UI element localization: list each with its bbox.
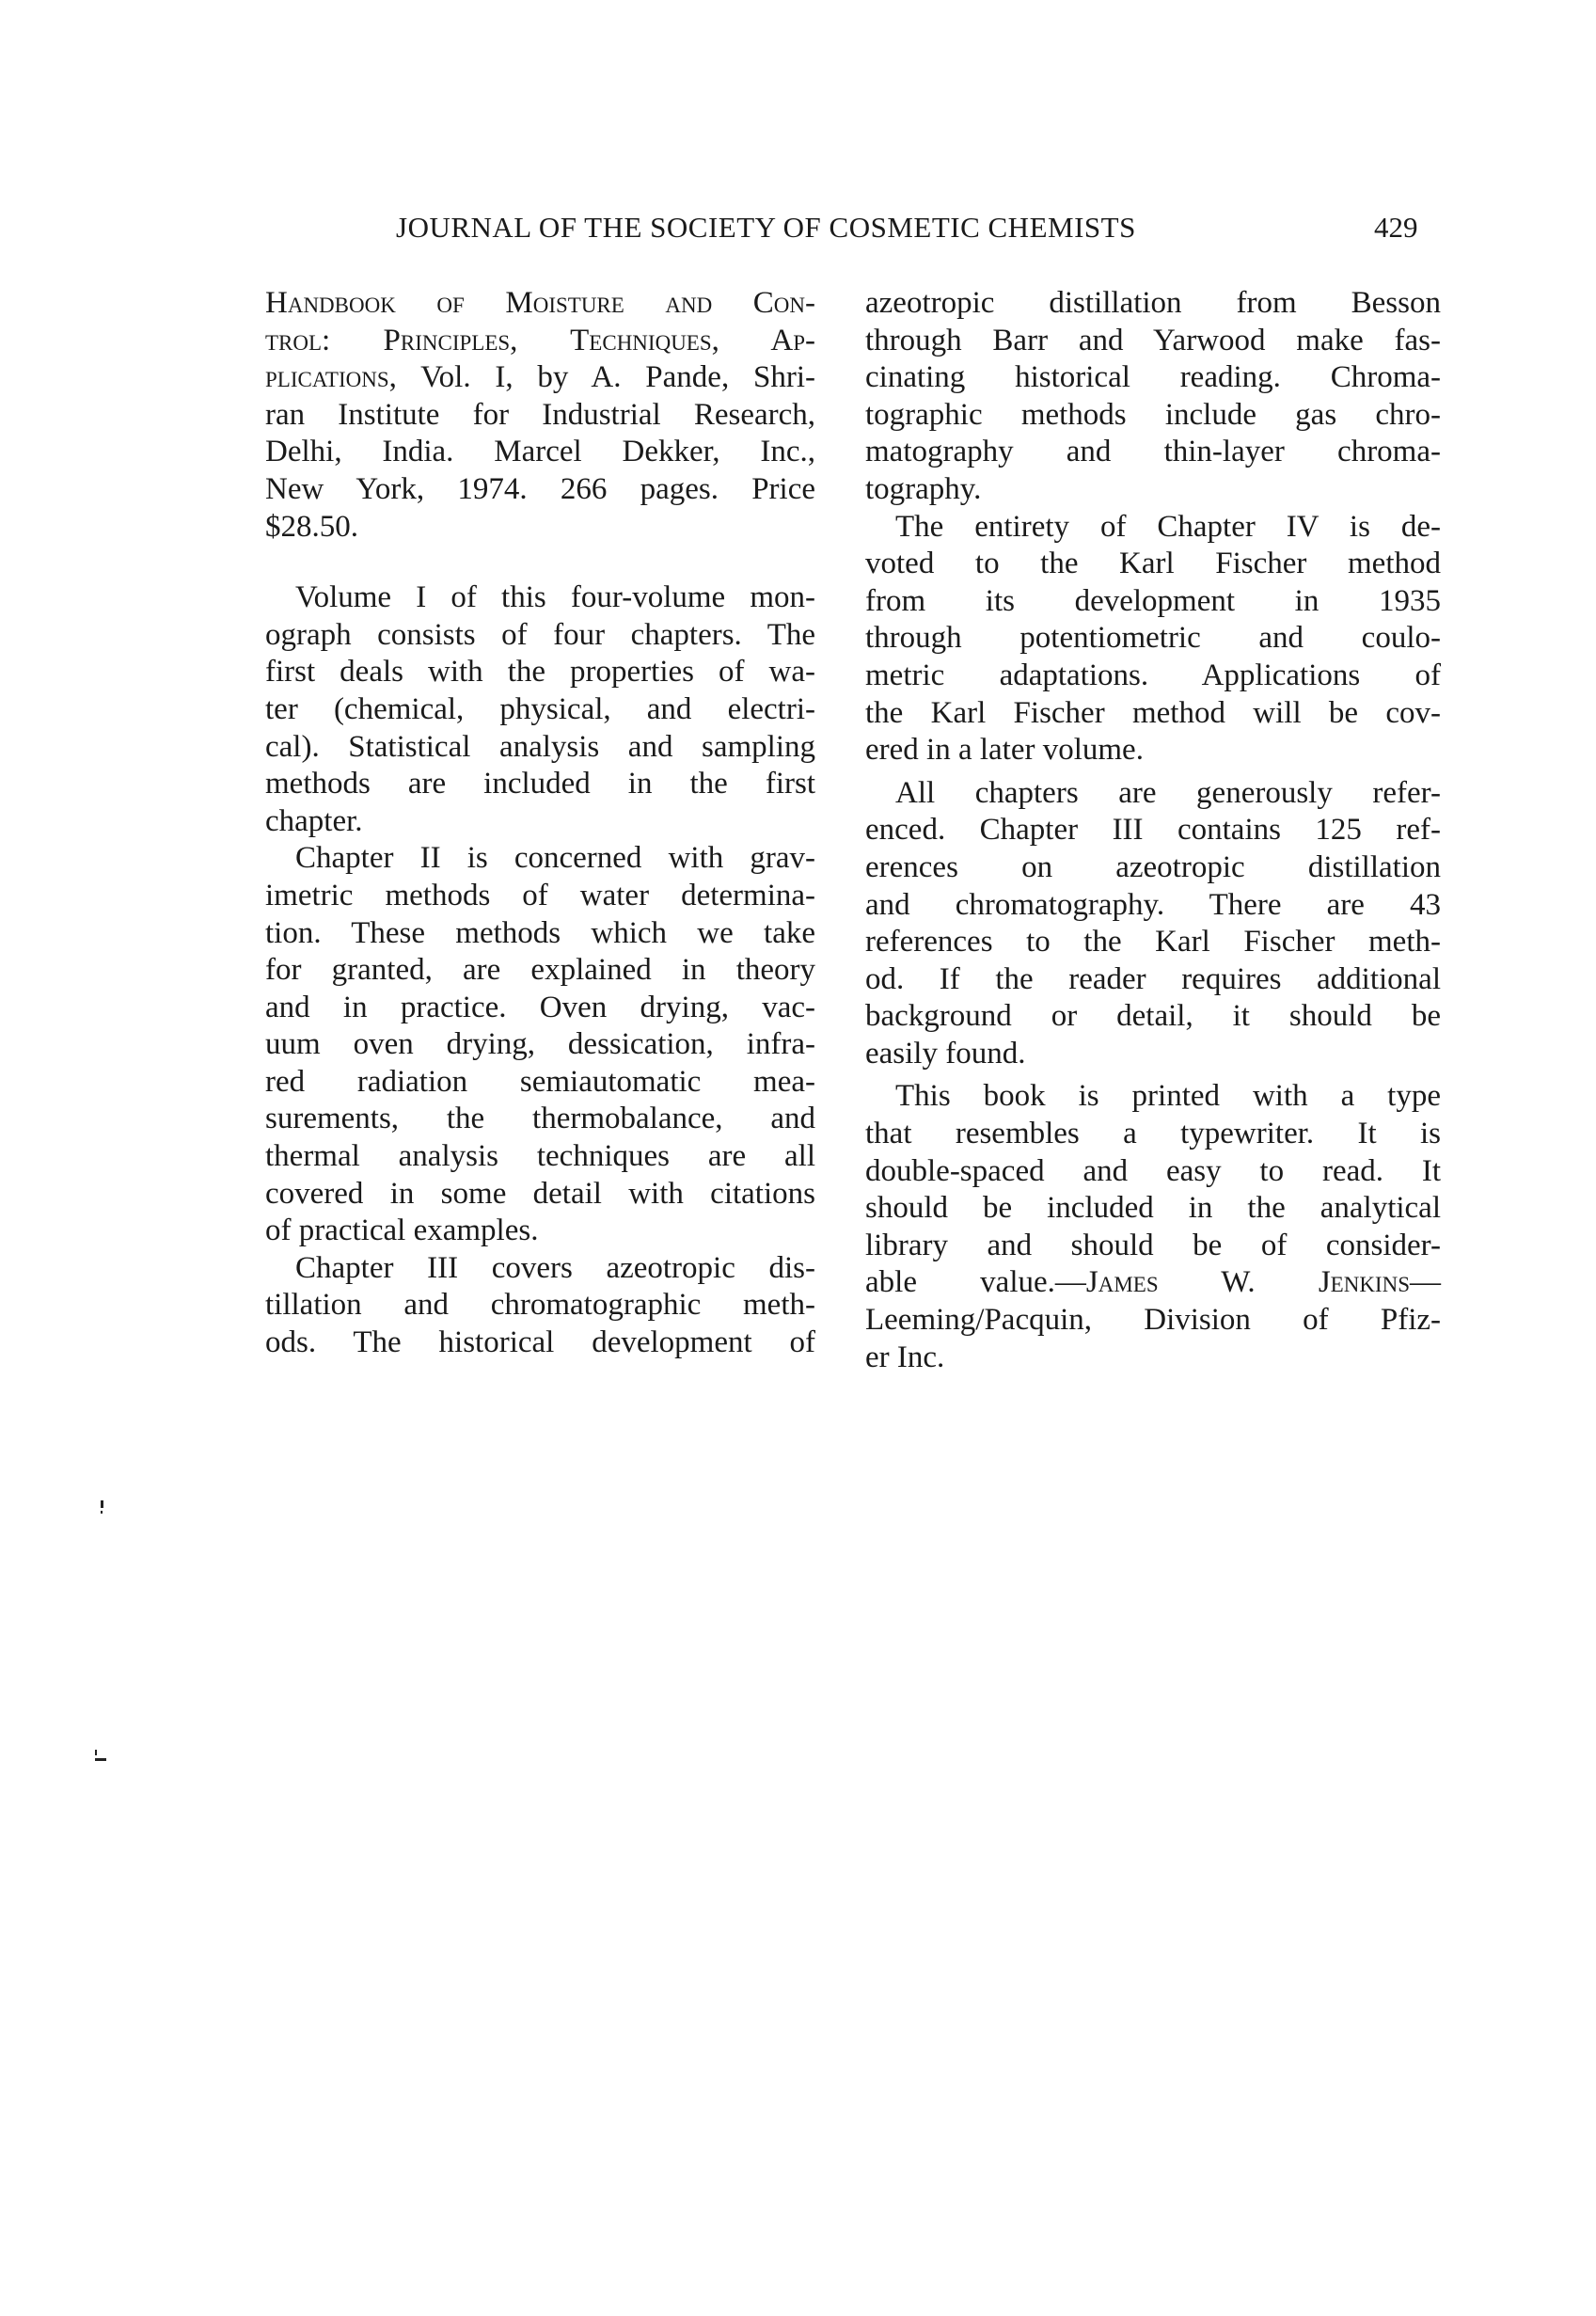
text-line: tography. [865,471,1441,509]
citation-line: trol: Principles, Techniques, Ap- [265,323,815,360]
scan-artifact [95,1758,106,1761]
text-line: ter (chemical, physical, and electri- [265,691,815,729]
scan-artifact [101,1511,103,1514]
text-line: that resembles a typewriter. It is [865,1116,1441,1153]
text-line: erences on azeotropic distillation [865,849,1441,887]
reviewer-name: James W. Jenkins [1086,1265,1410,1299]
scan-artifact [95,1750,97,1755]
paragraph-chapter-3-cont: azeotropic distillation from Besson thro… [865,285,1441,509]
citation-line: $28.50. [265,509,815,547]
citation-fragment: plications [265,360,389,394]
right-column: azeotropic distillation from Besson thro… [865,285,1441,1376]
text-line: and chromatography. There are 43 [865,887,1441,925]
text-line: background or detail, it should be [865,998,1441,1036]
text-line: tion. These methods which we take [265,915,815,953]
text-line: Chapter III covers azeotropic dis- [265,1250,815,1288]
signature-line: able value.—James W. Jenkins— [865,1264,1441,1302]
text-line: library and should be of consider- [865,1228,1441,1265]
text-line: od. If the reader requires additional [865,961,1441,999]
text-line: imetric methods of water determina- [265,878,815,915]
text-line: metric adaptations. Applications of [865,658,1441,695]
paragraph-chapter-2: Chapter II is concerned with grav- imetr… [265,840,815,1250]
signature-prefix: able value.— [865,1265,1086,1299]
text-line: through potentiometric and coulo- [865,620,1441,658]
paragraph-chapter-4: The entirety of Chapter IV is de- voted … [865,509,1441,769]
spacer [265,563,815,579]
text-line: ods. The historical development of [265,1325,815,1362]
paragraph-overview: Volume I of this four-volume mon- ograph… [265,579,815,840]
text-line: methods are included in the first [265,766,815,803]
text-line: cinating historical reading. Chroma- [865,359,1441,397]
text-line: and in practice. Oven drying, vac- [265,990,815,1027]
citation-line: Handbook of Moisture and Con- [265,285,815,323]
text-line: ered in a later volume. [865,732,1441,769]
text-line: first deals with the properties of wa- [265,654,815,691]
affiliation-line: Leeming/Pacquin, Division of Pfiz- [865,1302,1441,1340]
text-line: references to the Karl Fischer meth- [865,924,1441,961]
text-line: easily found. [865,1036,1441,1073]
scan-artifact [101,1500,103,1508]
paragraph-references: All chapters are generously refer- enced… [865,775,1441,1073]
text-line: The entirety of Chapter IV is de- [865,509,1441,547]
paragraph-chapter-3: Chapter III covers azeotropic dis- tilla… [265,1250,815,1362]
running-head: JOURNAL OF THE SOCIETY OF COSMETIC CHEMI… [396,209,1355,246]
affiliation-line: er Inc. [865,1340,1441,1377]
signature-suffix: — [1410,1265,1441,1299]
left-column: Handbook of Moisture and Con- trol: Prin… [265,285,815,1362]
text-line: surements, the thermobalance, and [265,1101,815,1138]
text-line: tillation and chromatographic meth- [265,1287,815,1325]
paragraph-conclusion: This book is printed with a type that re… [865,1078,1441,1376]
text-line: All chapters are generously refer- [865,775,1441,813]
text-line: uum oven drying, dessication, infra- [265,1026,815,1064]
citation-line: Delhi, India. Marcel Dekker, Inc., [265,434,815,471]
spacer [265,546,815,563]
text-line: Volume I of this four-volume mon- [265,579,815,617]
text-line: covered in some detail with citations [265,1176,815,1214]
text-line: red radiation semiautomatic mea- [265,1064,815,1102]
text-line: ograph consists of four chapters. The [265,617,815,655]
text-line: of practical examples. [265,1213,815,1250]
text-line: through Barr and Yarwood make fas- [865,323,1441,360]
book-citation: Handbook of Moisture and Con- trol: Prin… [265,285,815,546]
text-line: the Karl Fischer method will be cov- [865,695,1441,733]
citation-line: plications, Vol. I, by A. Pande, Shri- [265,359,815,397]
text-line: for granted, are explained in theory [265,952,815,990]
page-number: 429 [1374,209,1418,246]
text-line: thermal analysis techniques are all [265,1138,815,1176]
text-line: matography and thin-layer chroma- [865,434,1441,471]
text-line: from its development in 1935 [865,583,1441,621]
citation-line: ran Institute for Industrial Research, [265,397,815,435]
text-line: chapter. [265,803,815,841]
text-line: This book is printed with a type [865,1078,1441,1116]
text-line: voted to the Karl Fischer method [865,546,1441,583]
text-line: double-spaced and easy to read. It [865,1153,1441,1191]
text-line: should be included in the analytical [865,1190,1441,1228]
citation-line: New York, 1974. 266 pages. Price [265,471,815,509]
text-line: azeotropic distillation from Besson [865,285,1441,323]
text-line: Chapter II is concerned with grav- [265,840,815,878]
text-line: enced. Chapter III contains 125 ref- [865,812,1441,849]
text-line: tographic methods include gas chro- [865,397,1441,435]
text-line: cal). Statistical analysis and sampling [265,729,815,767]
